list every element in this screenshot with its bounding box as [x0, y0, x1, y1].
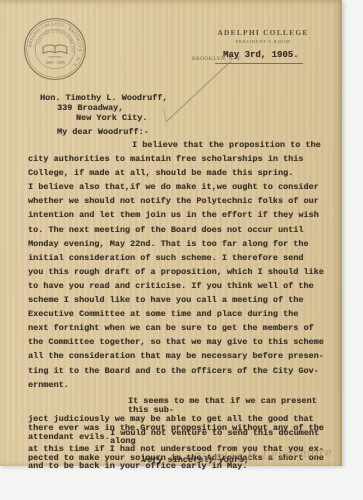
typed-line: you this rough draft of a proposition, w… [28, 265, 330, 279]
letterhead-college-name: Adelphi College [208, 28, 318, 37]
college-seal-icon: ADELPHI COLLEGE · BROOKLYN · N. Y. · VIT… [22, 16, 88, 82]
typed-line: all the consideration that may be necess… [28, 349, 330, 363]
typed-line: I would not venture to send this documen… [28, 429, 330, 445]
typed-line: the Committee together, so that we may g… [28, 335, 330, 349]
recipient-name: Hon. Timothy L. Woodruff, [28, 93, 168, 103]
typed-line: scheme I should like to have you call a … [28, 293, 330, 307]
typed-line: It seems to me that if we can present th… [28, 397, 330, 415]
open-book-icon [43, 45, 67, 57]
typed-line: Monday evening, May 22nd. That is too fa… [28, 237, 330, 251]
salutation: My dear Woodruff:- [57, 127, 149, 137]
typed-line: to have you read and criticise. If you t… [28, 279, 330, 293]
typed-line: College, if made at all, should be made … [28, 166, 330, 180]
seal-dates: 1869 · 1896 [45, 60, 64, 65]
typed-line: city authorities to maintain free schola… [28, 152, 330, 166]
typed-line: to. The next meeting of the Board does n… [28, 223, 330, 237]
typed-line: I believe that the proposition to the [28, 138, 330, 152]
recipient-address-block: Hon. Timothy L. Woodruff, 339 Broadway, … [28, 93, 168, 123]
typed-line: ting it to the Board and to the officers… [28, 364, 330, 378]
typed-line: intention and let them join us in the ef… [28, 208, 330, 222]
typed-date: May 3rd, 1905. [223, 50, 299, 60]
typed-line: whether we should not notify the Polytec… [28, 194, 330, 208]
recipient-city: New York City. [28, 113, 168, 123]
typed-line: Executive Committee at some time and pla… [28, 307, 330, 321]
body-paragraph-1: I believe that the proposition to thecit… [28, 138, 330, 392]
typed-line: initial consideration of such scheme. I … [28, 251, 330, 265]
letter-paper: ADELPHI COLLEGE · BROOKLYN · N. Y. · VIT… [0, 0, 342, 466]
date-rule [215, 63, 303, 64]
typed-line: ernment. [28, 378, 330, 392]
letterhead-office-line: President's Room [208, 39, 318, 44]
typed-line: next fortnight when we can be sure to ge… [28, 321, 330, 335]
typed-line: I believe also that,if we do make it,we … [28, 180, 330, 194]
recipient-street: 339 Broadway, [28, 103, 168, 113]
